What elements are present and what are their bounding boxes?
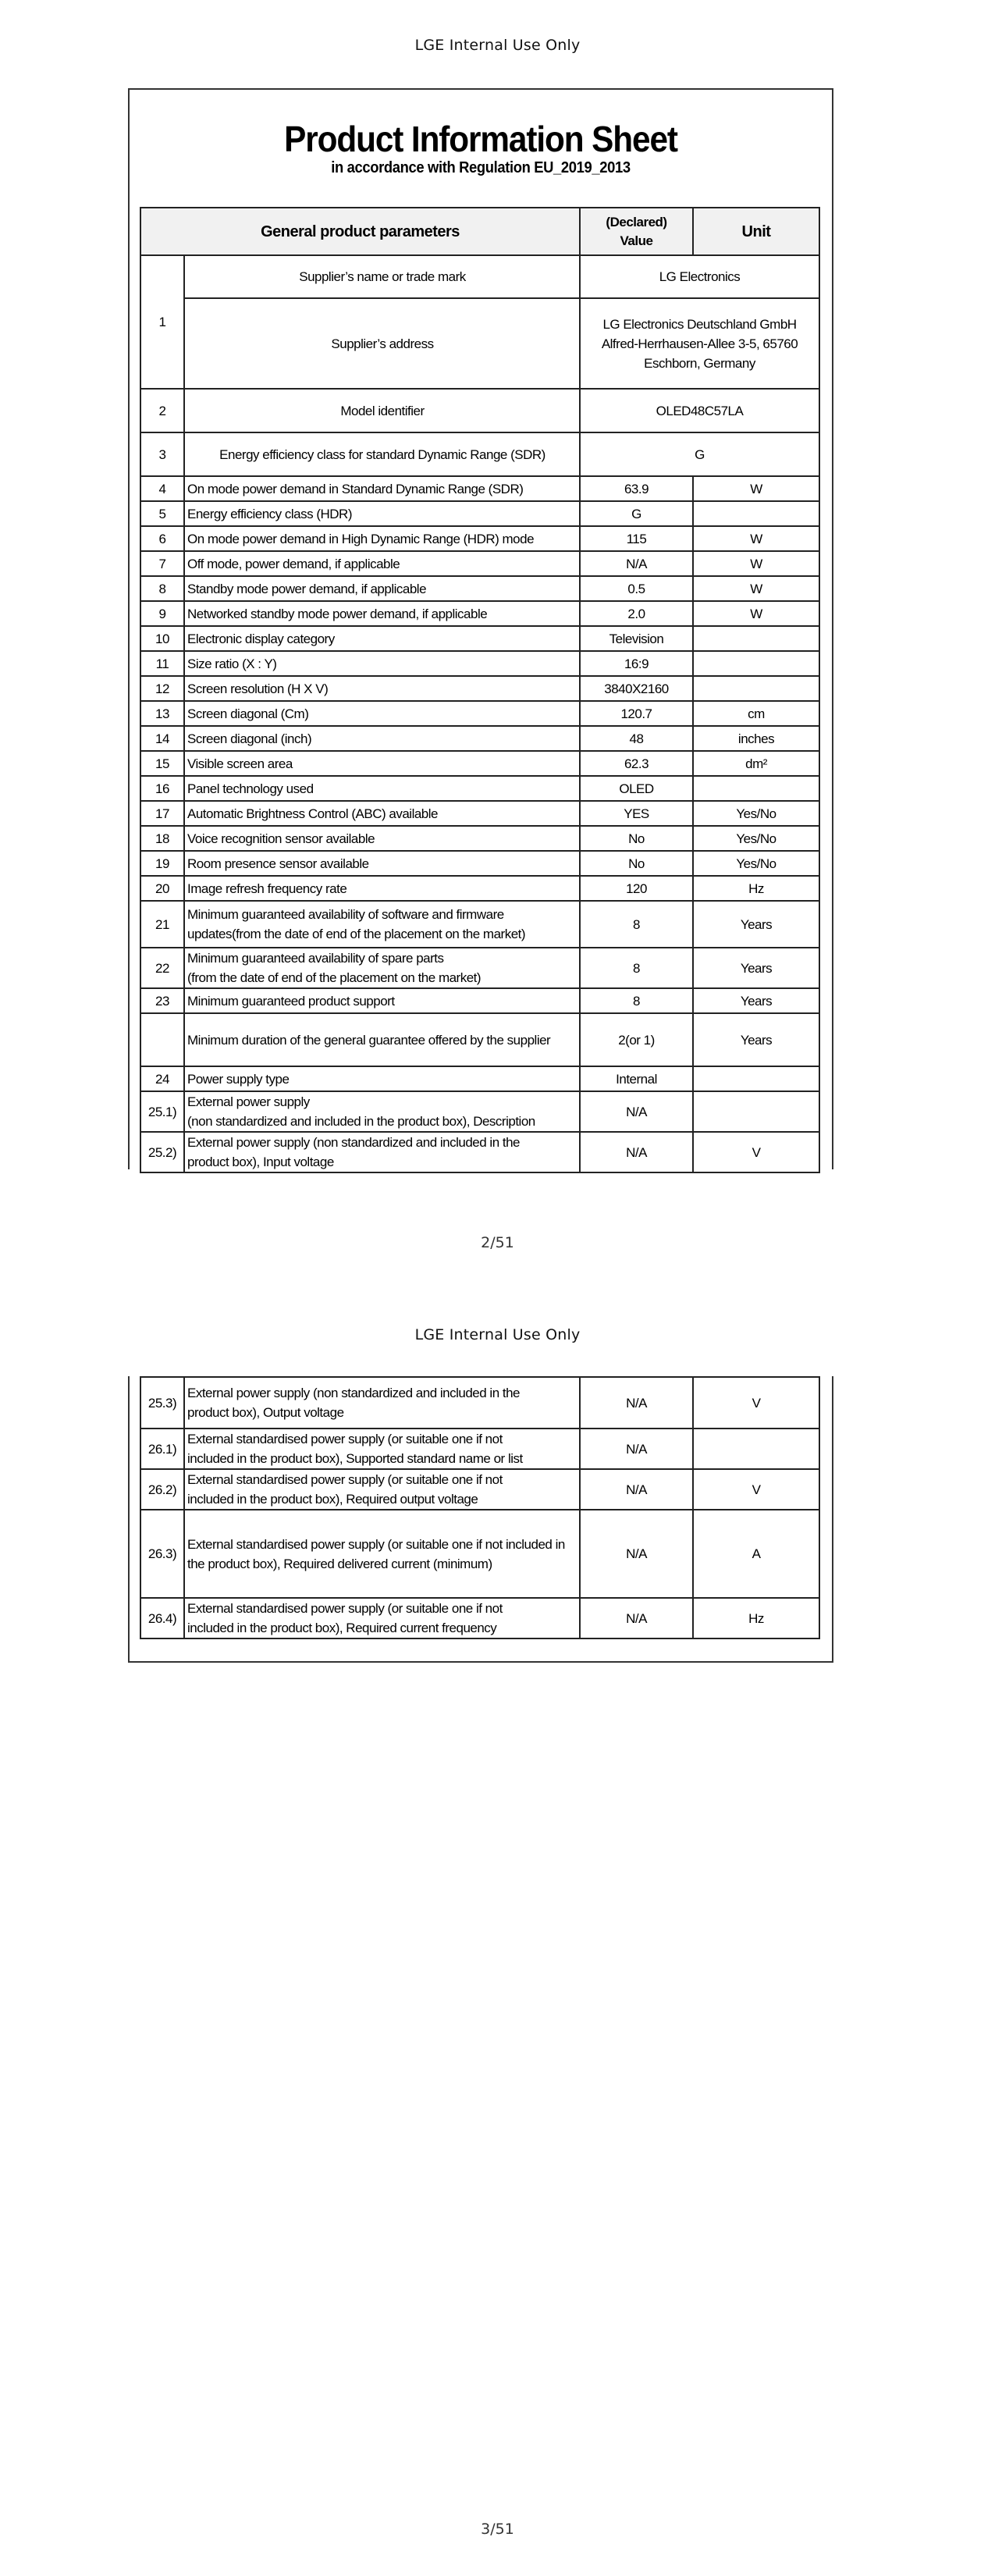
table-row: 21Minimum guaranteed availability of sof… bbox=[140, 901, 819, 948]
row-value: YES bbox=[580, 801, 693, 826]
table-row: 12Screen resolution (H X V)3840X2160 bbox=[140, 676, 819, 701]
product-parameters-table-continued: 25.3)External power supply (non standard… bbox=[140, 1376, 820, 1639]
row-number: 12 bbox=[140, 676, 184, 701]
row-unit: W bbox=[693, 526, 819, 551]
row-label: Screen diagonal (inch) bbox=[184, 726, 580, 751]
table-row: 25.2)External power supply (non standard… bbox=[140, 1132, 819, 1172]
row-label: Minimum duration of the general guarante… bbox=[184, 1013, 580, 1066]
row-number: 16 bbox=[140, 776, 184, 801]
row-value: 16:9 bbox=[580, 651, 693, 676]
table-row: 26.3)External standardised power supply … bbox=[140, 1510, 819, 1598]
row-unit: Yes/No bbox=[693, 851, 819, 876]
row-label: Power supply type bbox=[184, 1066, 580, 1091]
table-row: 17Automatic Brightness Control (ABC) ava… bbox=[140, 801, 819, 826]
row-value: LG Electronics Deutschland GmbH Alfred-H… bbox=[580, 298, 819, 389]
row-unit: Years bbox=[693, 901, 819, 948]
table-row: 7Off mode, power demand, if applicableN/… bbox=[140, 551, 819, 576]
row-label: Off mode, power demand, if applicable bbox=[184, 551, 580, 576]
table-row: 25.1)External power supply (non standard… bbox=[140, 1091, 819, 1132]
row-number: 22 bbox=[140, 948, 184, 988]
row-value: N/A bbox=[580, 1510, 693, 1598]
row-label: Voice recognition sensor available bbox=[184, 826, 580, 851]
table-row: Minimum duration of the general guarante… bbox=[140, 1013, 819, 1066]
row-value: N/A bbox=[580, 1469, 693, 1510]
table-row: 13Screen diagonal (Cm)120.7cm bbox=[140, 701, 819, 726]
row-number: 26.2) bbox=[140, 1469, 184, 1510]
row-number: 5 bbox=[140, 501, 184, 526]
row-label: External standardised power supply (or s… bbox=[184, 1429, 580, 1469]
row-value: 8 bbox=[580, 988, 693, 1013]
row-unit: W bbox=[693, 551, 819, 576]
table-row: 14Screen diagonal (inch)48inches bbox=[140, 726, 819, 751]
table-header-row: General product parameters (Declared) Va… bbox=[140, 208, 819, 255]
row-number: 26.4) bbox=[140, 1598, 184, 1638]
row-unit: dm² bbox=[693, 751, 819, 776]
table-row: 11Size ratio (X : Y)16:9 bbox=[140, 651, 819, 676]
table-row: 19Room presence sensor availableNoYes/No bbox=[140, 851, 819, 876]
row-unit: A bbox=[693, 1510, 819, 1598]
row-number: 25.3) bbox=[140, 1377, 184, 1429]
row-number: 6 bbox=[140, 526, 184, 551]
row-label: Energy efficiency class for standard Dyn… bbox=[184, 432, 580, 476]
table-row: 26.2)External standardised power supply … bbox=[140, 1469, 819, 1510]
row-number: 4 bbox=[140, 476, 184, 501]
row-unit: Years bbox=[693, 948, 819, 988]
row-label: Screen diagonal (Cm) bbox=[184, 701, 580, 726]
row-number: 1 bbox=[140, 255, 184, 389]
row-label: Networked standby mode power demand, if … bbox=[184, 601, 580, 626]
row-number: 26.3) bbox=[140, 1510, 184, 1598]
page-header: LGE Internal Use Only bbox=[0, 37, 995, 54]
table-row: 23Minimum guaranteed product support8Yea… bbox=[140, 988, 819, 1013]
table-row: 25.3)External power supply (non standard… bbox=[140, 1377, 819, 1429]
row-label: External standardised power supply (or s… bbox=[184, 1598, 580, 1638]
table-row: 2 Model identifier OLED48C57LA bbox=[140, 389, 819, 432]
row-label: Standby mode power demand, if applicable bbox=[184, 576, 580, 601]
row-label: Minimum guaranteed availability of softw… bbox=[184, 901, 580, 948]
row-label: External power supply (non standardized … bbox=[184, 1132, 580, 1172]
table-row: Supplier’s address LG Electronics Deutsc… bbox=[140, 298, 819, 389]
row-number: 20 bbox=[140, 876, 184, 901]
row-label: Model identifier bbox=[184, 389, 580, 432]
row-label: External standardised power supply (or s… bbox=[184, 1510, 580, 1598]
table-row: 5Energy efficiency class (HDR)G bbox=[140, 501, 819, 526]
row-label: External standardised power supply (or s… bbox=[184, 1469, 580, 1510]
row-label: Size ratio (X : Y) bbox=[184, 651, 580, 676]
row-unit bbox=[693, 626, 819, 651]
row-unit: cm bbox=[693, 701, 819, 726]
row-number: 19 bbox=[140, 851, 184, 876]
row-label: Panel technology used bbox=[184, 776, 580, 801]
row-number: 2 bbox=[140, 389, 184, 432]
page-number: 3/51 bbox=[0, 2521, 995, 2538]
row-label: On mode power demand in High Dynamic Ran… bbox=[184, 526, 580, 551]
row-unit: V bbox=[693, 1377, 819, 1429]
row-number: 25.1) bbox=[140, 1091, 184, 1132]
row-unit: Years bbox=[693, 1013, 819, 1066]
table-row: 16Panel technology usedOLED bbox=[140, 776, 819, 801]
row-number: 14 bbox=[140, 726, 184, 751]
table-row: 4On mode power demand in Standard Dynami… bbox=[140, 476, 819, 501]
row-number: 21 bbox=[140, 901, 184, 948]
row-value: 8 bbox=[580, 948, 693, 988]
row-value: N/A bbox=[580, 551, 693, 576]
row-value: 63.9 bbox=[580, 476, 693, 501]
page-header: LGE Internal Use Only bbox=[0, 1326, 995, 1343]
row-value: LG Electronics bbox=[580, 255, 819, 298]
row-label: Image refresh frequency rate bbox=[184, 876, 580, 901]
table-row: 22Minimum guaranteed availability of spa… bbox=[140, 948, 819, 988]
row-value: N/A bbox=[580, 1377, 693, 1429]
row-unit: Years bbox=[693, 988, 819, 1013]
row-value: No bbox=[580, 851, 693, 876]
table-row: 8Standby mode power demand, if applicabl… bbox=[140, 576, 819, 601]
row-unit bbox=[693, 776, 819, 801]
row-value: G bbox=[580, 501, 693, 526]
row-value: 2(or 1) bbox=[580, 1013, 693, 1066]
row-label: External power supply (non standardized … bbox=[184, 1091, 580, 1132]
row-number: 13 bbox=[140, 701, 184, 726]
row-value: OLED bbox=[580, 776, 693, 801]
row-unit: inches bbox=[693, 726, 819, 751]
table-row: 10Electronic display categoryTelevision bbox=[140, 626, 819, 651]
row-value: N/A bbox=[580, 1598, 693, 1638]
row-label: Room presence sensor available bbox=[184, 851, 580, 876]
row-value: N/A bbox=[580, 1132, 693, 1172]
row-unit bbox=[693, 1429, 819, 1469]
table-row: 20Image refresh frequency rate120Hz bbox=[140, 876, 819, 901]
row-number: 10 bbox=[140, 626, 184, 651]
row-value: 8 bbox=[580, 901, 693, 948]
product-parameters-table: General product parameters (Declared) Va… bbox=[140, 207, 820, 1173]
page-subtitle: in accordance with Regulation EU_2019_20… bbox=[158, 159, 804, 177]
row-value: Internal bbox=[580, 1066, 693, 1091]
row-value: No bbox=[580, 826, 693, 851]
row-number: 24 bbox=[140, 1066, 184, 1091]
row-unit bbox=[693, 1066, 819, 1091]
row-unit bbox=[693, 1091, 819, 1132]
row-number: 11 bbox=[140, 651, 184, 676]
row-label: Visible screen area bbox=[184, 751, 580, 776]
row-value: G bbox=[580, 432, 819, 476]
table-row: 6On mode power demand in High Dynamic Ra… bbox=[140, 526, 819, 551]
row-number: 18 bbox=[140, 826, 184, 851]
page-number: 2/51 bbox=[0, 1234, 995, 1251]
row-unit: Yes/No bbox=[693, 826, 819, 851]
row-label: Screen resolution (H X V) bbox=[184, 676, 580, 701]
row-label: Supplier’s address bbox=[184, 298, 580, 389]
row-number bbox=[140, 1013, 184, 1066]
row-value: Television bbox=[580, 626, 693, 651]
row-number: 3 bbox=[140, 432, 184, 476]
header-value: (Declared) Value bbox=[580, 208, 693, 255]
row-value: 62.3 bbox=[580, 751, 693, 776]
table-row: 3 Energy efficiency class for standard D… bbox=[140, 432, 819, 476]
row-unit: Hz bbox=[693, 1598, 819, 1638]
row-number: 7 bbox=[140, 551, 184, 576]
row-unit bbox=[693, 501, 819, 526]
row-value: 120.7 bbox=[580, 701, 693, 726]
table-row: 26.4)External standardised power supply … bbox=[140, 1598, 819, 1638]
row-number: 26.1) bbox=[140, 1429, 184, 1469]
row-unit: Hz bbox=[693, 876, 819, 901]
row-number: 15 bbox=[140, 751, 184, 776]
row-number: 25.2) bbox=[140, 1132, 184, 1172]
row-number: 8 bbox=[140, 576, 184, 601]
table-row: 15Visible screen area62.3dm² bbox=[140, 751, 819, 776]
table-row: 26.1)External standardised power supply … bbox=[140, 1429, 819, 1469]
row-unit bbox=[693, 651, 819, 676]
row-value: N/A bbox=[580, 1091, 693, 1132]
row-value: 0.5 bbox=[580, 576, 693, 601]
row-unit: Yes/No bbox=[693, 801, 819, 826]
row-value: OLED48C57LA bbox=[580, 389, 819, 432]
row-unit: W bbox=[693, 476, 819, 501]
table-row: 18Voice recognition sensor availableNoYe… bbox=[140, 826, 819, 851]
row-unit: V bbox=[693, 1132, 819, 1172]
row-unit: V bbox=[693, 1469, 819, 1510]
row-unit: W bbox=[693, 601, 819, 626]
row-label: Electronic display category bbox=[184, 626, 580, 651]
row-value: N/A bbox=[580, 1429, 693, 1469]
row-label: Supplier’s name or trade mark bbox=[184, 255, 580, 298]
page-title: Product Information Sheet bbox=[158, 118, 804, 160]
table-row: 9Networked standby mode power demand, if… bbox=[140, 601, 819, 626]
header-unit: Unit bbox=[693, 208, 819, 255]
row-label: Minimum guaranteed availability of spare… bbox=[184, 948, 580, 988]
row-label: Automatic Brightness Control (ABC) avail… bbox=[184, 801, 580, 826]
row-value: 48 bbox=[580, 726, 693, 751]
row-label: Energy efficiency class (HDR) bbox=[184, 501, 580, 526]
row-unit bbox=[693, 676, 819, 701]
row-label: External power supply (non standardized … bbox=[184, 1377, 580, 1429]
row-value: 115 bbox=[580, 526, 693, 551]
row-number: 23 bbox=[140, 988, 184, 1013]
header-parameters: General product parameters bbox=[140, 208, 580, 255]
table-row: 24Power supply typeInternal bbox=[140, 1066, 819, 1091]
row-number: 17 bbox=[140, 801, 184, 826]
row-label: Minimum guaranteed product support bbox=[184, 988, 580, 1013]
row-value: 120 bbox=[580, 876, 693, 901]
row-number: 9 bbox=[140, 601, 184, 626]
row-value: 3840X2160 bbox=[580, 676, 693, 701]
table-row: 1 Supplier’s name or trade mark LG Elect… bbox=[140, 255, 819, 298]
row-unit: W bbox=[693, 576, 819, 601]
row-label: On mode power demand in Standard Dynamic… bbox=[184, 476, 580, 501]
row-value: 2.0 bbox=[580, 601, 693, 626]
